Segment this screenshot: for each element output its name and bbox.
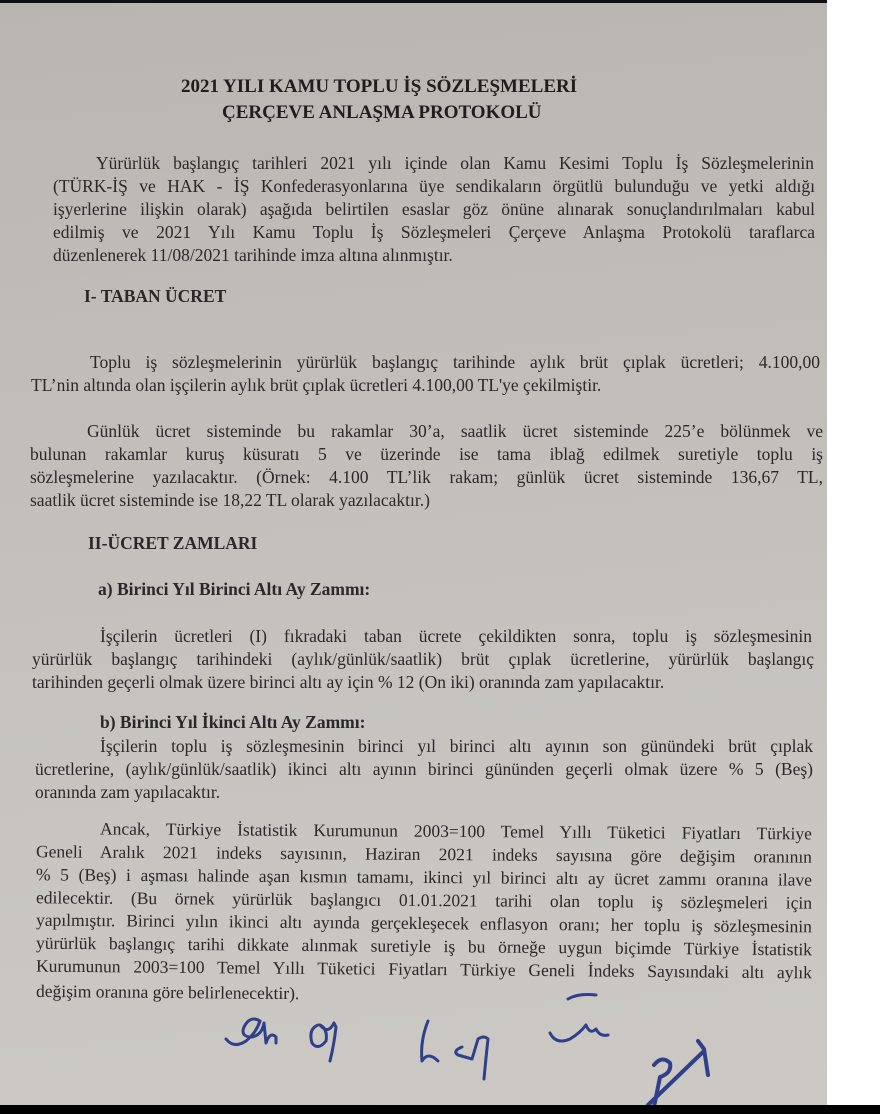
signature-3 (422, 1021, 438, 1061)
signature-1 (226, 1019, 276, 1045)
document-page: 2021 YILI KAMU TOPLU İŞ SÖZLEŞMELERİ ÇER… (0, 3, 827, 1105)
signature-6 (648, 1041, 708, 1105)
signature-5 (550, 995, 608, 1042)
signature-2 (311, 1023, 336, 1061)
photo-bottom-edge (0, 1105, 880, 1114)
signature-4 (456, 1037, 488, 1079)
signatures-area (0, 3, 827, 1105)
